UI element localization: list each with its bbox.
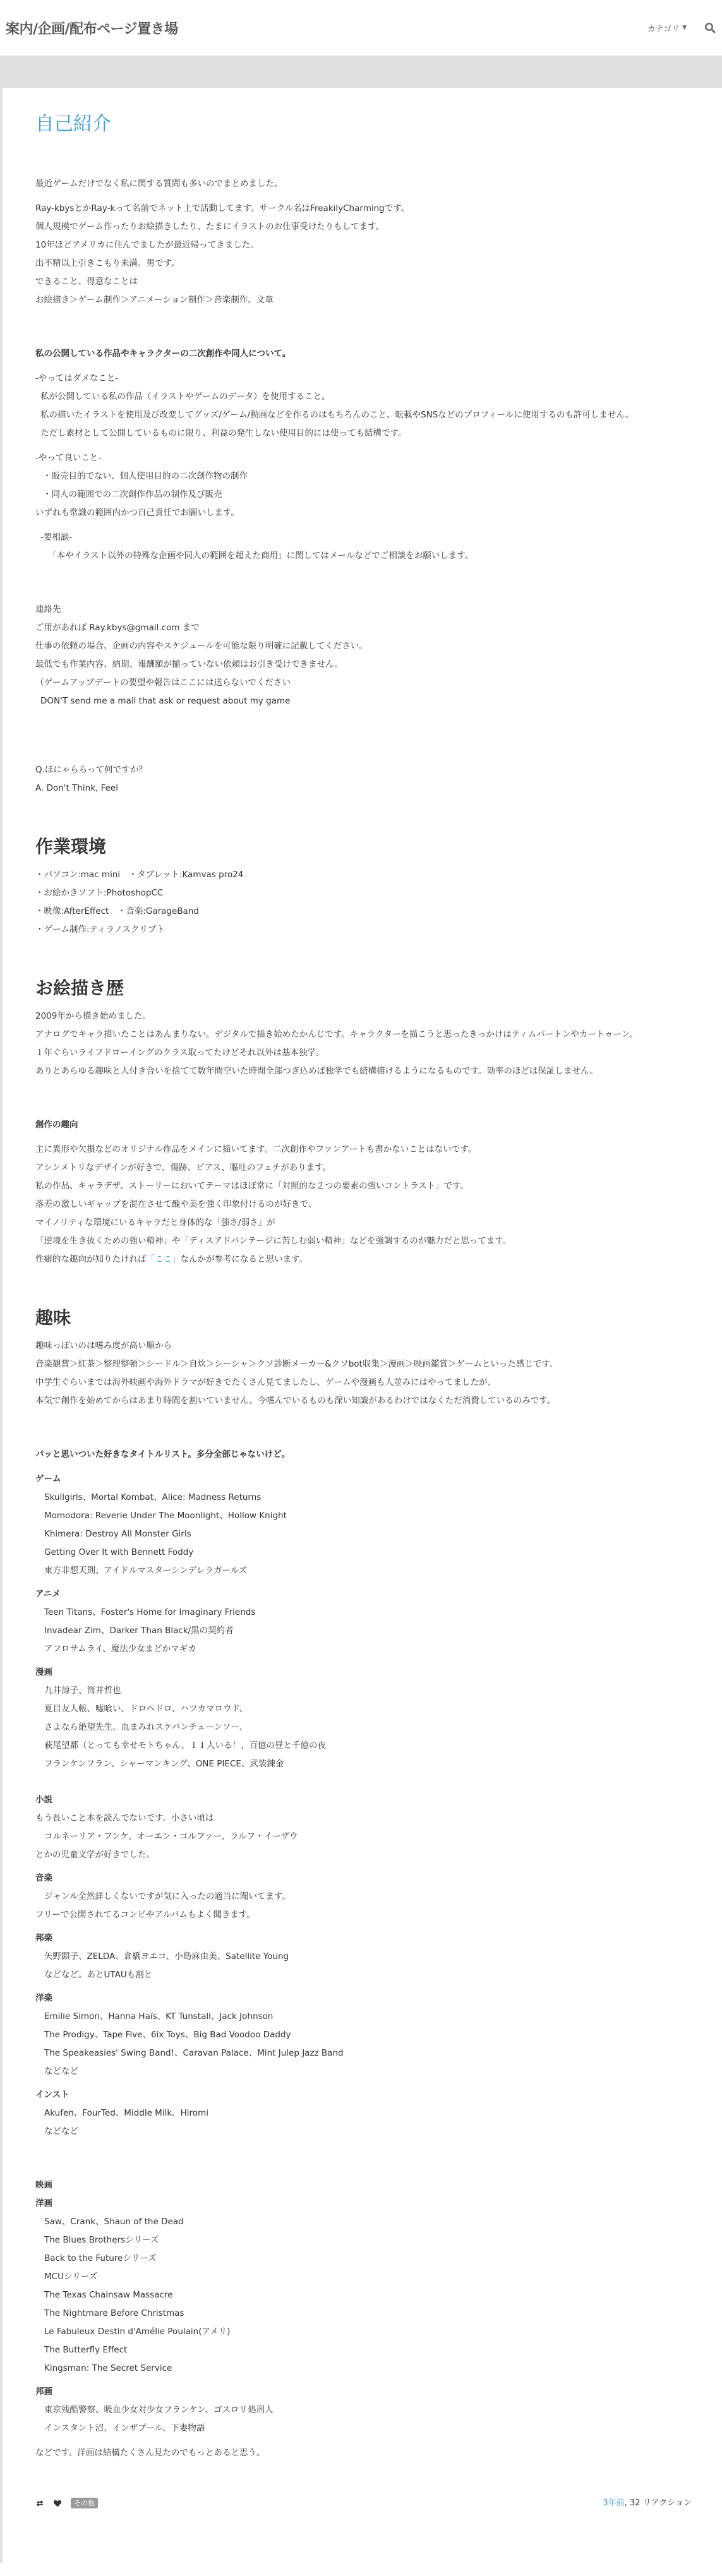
- jpop-item: などなど。あとUTAUも割と: [35, 1966, 692, 1984]
- environment-item: ・映像:AfterEffect ・音楽:GarageBand: [35, 902, 692, 921]
- favorites-closing: などです。洋画は結構たくさん見たのでもっとあると思う。: [35, 2444, 692, 2462]
- drawing-history-line: 2009年から描き始めました。: [35, 1007, 692, 1026]
- contact-line: 最低でも作業内容、納期、報酬額が揃っていない依頼はお引き受けできません。: [35, 656, 692, 674]
- novel-label: 小説: [35, 1791, 692, 1809]
- music-line: フリーで公開されてるコンピやアルバムもよく聞きます。: [35, 1906, 692, 1924]
- hobbies-line: 中学生ぐらいまでは海外映画や海外ドラマが好きでたくさん見てましたし、ゲームや漫画…: [35, 1374, 692, 1392]
- anime-item: Invadear Zim、Darker Than Black/黒の契約者: [35, 1622, 692, 1640]
- environment-item: ・ゲーム制作:ティラノスクリプト: [35, 921, 692, 939]
- dont-item: ただし素材として公開しているものに限り、利益の発生しない使用目的には使っても結構…: [35, 424, 692, 443]
- drawing-history-line: ありとあらゆる趣味と人付き合いを捨てて数年間空いた時間全部つぎ込めば独学でも結構…: [35, 1062, 692, 1081]
- hobbies-heading: 趣味: [35, 1304, 692, 1332]
- manga-item: 萩尾望都（とっても幸せモトちゃん、１１人いる！、百億の昼と千億の夜: [35, 1737, 692, 1755]
- manga-item: 夏目友人帳、嘘喰い、ドロヘドロ、ハツカマロウド、: [35, 1700, 692, 1718]
- manga-item: 九井諒子、筒井哲也: [35, 1682, 692, 1700]
- intro-line: 10年ほどアメリカに住んでましたが最近帰ってきました。: [35, 236, 692, 255]
- inst-label: インスト: [35, 2086, 692, 2104]
- environment-item: ・パソコン:mac mini ・タブレット:Kamvas pro24: [35, 866, 692, 884]
- music-label: 音楽: [35, 1869, 692, 1888]
- domestic-movie-item: インスタント沼、インザプール、下妻物語: [35, 2419, 692, 2438]
- post-meta: 3年前, 32 リアクション: [603, 2494, 692, 2512]
- manga-item: フランケンフラン、シャーマンキング、ONE PIECE、武装錬金: [35, 1755, 692, 1773]
- jpop-label: 邦楽: [35, 1929, 692, 1948]
- western-label: 洋楽: [35, 1989, 692, 2008]
- post-actions: その他: [35, 2498, 98, 2508]
- game-item: Skullgirls、Mortal Kombat、Alice: Madness …: [35, 1489, 692, 1507]
- category-label: カテゴリ: [647, 22, 680, 34]
- foreign-movie-item: Saw、Crank、Shaun of the Dead: [35, 2213, 692, 2231]
- derivative-heading: 私の公開している作品やキャラクターの二次創作や同人について。: [35, 345, 692, 363]
- anime-label: アニメ: [35, 1585, 692, 1603]
- category-dropdown[interactable]: カテゴリ ▼: [647, 22, 687, 34]
- western-item: Emilie Simon、Hanna Haïs、KT Tunstall、Jack…: [35, 2008, 692, 2026]
- inst-item: Akufen、FourTed、Middle Milk、Hiromi: [35, 2104, 692, 2123]
- ok-item: ・同人の範囲での二次創作作品の制作及び販売: [35, 486, 692, 504]
- site-title[interactable]: 案内/企画/配布ページ置き場: [6, 18, 178, 38]
- game-label: ゲーム: [35, 1470, 692, 1489]
- ok-label: -やって良いこと-: [35, 449, 692, 467]
- novel-line: とかの児童文学が好きでした。: [35, 1846, 692, 1864]
- contact-line: （ゲームアップデートの要望や報告はここには送らないでください: [35, 674, 692, 692]
- drawing-history-heading: お絵描き歴: [35, 974, 692, 1002]
- creative-link-prefix: 性癖的な趣向が知りたければ: [35, 1254, 147, 1264]
- nav: カテゴリ ▼: [647, 22, 716, 34]
- creative-line: マイノリティな環境にいるキャラだと身体的な「強さ/弱さ」が: [35, 1214, 692, 1232]
- dont-item: 私の描いたイラストを使用及び改変してグッズ/ゲーム/動画などを作るのはもちろんの…: [35, 406, 692, 424]
- foreign-movie-item: Back to the Futureシリーズ: [35, 2250, 692, 2268]
- intro-line: 最近ゲームだけでなく私に関する質問も多いのでまとめました。: [35, 175, 692, 193]
- jpop-item: 矢野顕子、ZELDA、倉橋ヨエコ、小島麻由美、Satellite Young: [35, 1948, 692, 1966]
- western-item: The Prodigy、Tape Five、6ix Toys、Big Bad V…: [35, 2026, 692, 2044]
- intro-line: Ray-kbysとかRay-kって名前でネット上で活動してます。サークル名はFr…: [35, 200, 692, 218]
- consult-label: -要相談-: [35, 529, 692, 547]
- inst-item: などなど: [35, 2123, 692, 2141]
- chevron-down-icon: ▼: [682, 25, 687, 31]
- creative-heading: 創作の趣向: [35, 1116, 692, 1134]
- contact-line[interactable]: ご用があれば Ray.kbys@gmail.com まで: [35, 619, 692, 637]
- here-link[interactable]: 「ここ」: [147, 1254, 181, 1264]
- hobbies-line: 本気で創作を始めてからはあまり時間を割いていません。今嗜んでいるものも深い知識が…: [35, 1392, 692, 1410]
- manga-item: さよなら絶望先生、血まみれスケバンチェーンソー、: [35, 1718, 692, 1737]
- foreign-movie-item: The Blues Brothersシリーズ: [35, 2231, 692, 2250]
- contact-heading: 連絡先: [35, 601, 692, 619]
- page: 自己紹介 最近ゲームだけでなく私に関する質問も多いのでまとめました。 Ray-k…: [0, 88, 722, 2563]
- novel-line: もう長いこと本を読んでないです。小さい頃は: [35, 1809, 692, 1828]
- environment-item: ・お絵かきソフト:PhotoshopCC: [35, 884, 692, 902]
- foreign-movie-item: The Nightmare Before Christmas: [35, 2304, 692, 2323]
- novel-line: コルネーリア・フンケ、オーエン・コルファー、ラルフ・イーザウ: [35, 1828, 692, 1846]
- anime-item: アフロサムライ、魔法少女まどかマギカ: [35, 1640, 692, 1658]
- dont-label: -やってはダメなこと-: [35, 369, 692, 388]
- consult-text: 「本やイラスト以外の特殊な企画や同人の範囲を超えた商用」に関してはメールなどでご…: [35, 547, 692, 565]
- ok-item: ・販売目的でない、個人使用目的の二次創作物の制作: [35, 467, 692, 486]
- manga-label: 漫画: [35, 1663, 692, 1682]
- drawing-history-line: １年ぐらいライフドローイングのクラス取ってたけどそれ以外は基本独学。: [35, 1044, 692, 1062]
- hobbies-line: 音楽観賞＞紅茶＞整理整頓＞シードル＞自炊＞シーシャ＞クソ診断メーカー&クソbot…: [35, 1355, 692, 1374]
- drawing-history-line: アナログでキャラ描いたことはあんまりない。デジタルで描き始めたかんじです。キャラ…: [35, 1026, 692, 1044]
- dont-item: 私が公開している私の作品（イラストやゲームのデータ）を使用すること。: [35, 388, 692, 406]
- environment-heading: 作業環境: [35, 833, 692, 861]
- game-item: 東方非想天則、アイドルマスターシンデレラガールズ: [35, 1562, 692, 1580]
- top-bar: 案内/企画/配布ページ置き場 カテゴリ ▼: [0, 0, 722, 56]
- heart-icon[interactable]: [53, 2499, 62, 2508]
- contact-line: 仕事の依頼の場合、企画の内容やスケジュールを可能な限り明確に記載してください。: [35, 637, 692, 656]
- creative-link-suffix: なんかが参考になると思います。: [181, 1254, 308, 1264]
- timestamp-link[interactable]: 3年前: [603, 2498, 624, 2508]
- tag-other[interactable]: その他: [71, 2498, 98, 2508]
- foreign-movie-item: Kingsman: The Secret Service: [35, 2359, 692, 2378]
- intro-line: お絵描き＞ゲーム制作＞アニメーション制作＞音楽制作、文章: [35, 291, 692, 309]
- creative-line: 主に異形や欠損などのオリジナル作品をメインに描いてます。二次創作やファンアートも…: [35, 1141, 692, 1159]
- intro-line: 個人規模でゲーム作ったりお絵描きしたり、たまにイラストのお仕事受けたりもしてます…: [35, 218, 692, 236]
- faq-answer: A. Don't Think, Feel: [35, 779, 692, 798]
- game-item: Khimera: Destroy All Monster Girls: [35, 1525, 692, 1543]
- foreign-movie-item: The Butterfly Effect: [35, 2341, 692, 2359]
- post-title: 自己紹介: [35, 112, 692, 137]
- foreign-movie-item: MCUシリーズ: [35, 2268, 692, 2286]
- foreign-movie-label: 洋画: [35, 2195, 692, 2213]
- movie-label: 映画: [35, 2176, 692, 2195]
- music-line: ジャンル全然詳しくないですが気に入ったの適当に聞いてます。: [35, 1888, 692, 1906]
- creative-line: 落差の激しいギャップを混在させて醜や美を強く印象付けるのが好きで、: [35, 1195, 692, 1214]
- favorites-heading: パッと思いついた好きなタイトルリスト。多分全部じゃないけど。: [35, 1446, 692, 1464]
- reaction-count[interactable]: , 32 リアクション: [625, 2498, 692, 2508]
- intro-line: 出不精以上引きこもり未満。男です。: [35, 255, 692, 273]
- western-item: The Speakeasies' Swing Band!、Caravan Pal…: [35, 2044, 692, 2063]
- search-icon[interactable]: [704, 22, 716, 33]
- hobbies-line: 趣味っぽいのは嗜み度が高い順から: [35, 1337, 692, 1355]
- post-footer: その他 3年前, 32 リアクション: [35, 2462, 692, 2563]
- creative-line: アシンメトリなデザインが好きで、傷跡、ピアス、嘔吐のフェチがあります。: [35, 1159, 692, 1177]
- creative-line: 「逆境を生き抜くための強い精神」や「ディスアドバンテージに苦しむ弱い精神」などを…: [35, 1232, 692, 1250]
- reblog-icon[interactable]: [35, 2499, 44, 2508]
- ok-note: いずれも常識の範囲内かつ自己責任でお願いします。: [35, 504, 692, 522]
- faq-question: Q.ほにゃららって何ですか？: [35, 761, 692, 779]
- header-banner: [0, 56, 722, 88]
- foreign-movie-item: Le Fabuleux Destin d'Amélie Poulain(アメリ): [35, 2323, 692, 2341]
- post: 自己紹介 最近ゲームだけでなく私に関する質問も多いのでまとめました。 Ray-k…: [3, 88, 722, 2563]
- game-item: Momodora: Reverie Under The Moonlight、Ho…: [35, 1507, 692, 1525]
- intro-line: できること、得意なことは: [35, 273, 692, 291]
- domestic-movie-item: 東京残酷警察、吸血少女対少女フランケン、ゴスロリ処刑人: [35, 2401, 692, 2419]
- game-item: Getting Over It with Bennett Foddy: [35, 1543, 692, 1562]
- creative-line: 私の作品、キャラデザ、ストーリーにおいてテーマはほぼ常に「対照的な２つの要素の強…: [35, 1177, 692, 1195]
- anime-item: Teen Titans、Foster's Home for Imaginary …: [35, 1603, 692, 1622]
- creative-line-link: 性癖的な趣向が知りたければ「ここ」なんかが参考になると思います。: [35, 1250, 692, 1269]
- contact-line: DON'T send me a mail that ask or request…: [35, 692, 692, 710]
- foreign-movie-item: The Texas Chainsaw Massacre: [35, 2286, 692, 2304]
- western-item: などなど: [35, 2063, 692, 2081]
- domestic-movie-label: 邦画: [35, 2383, 692, 2401]
